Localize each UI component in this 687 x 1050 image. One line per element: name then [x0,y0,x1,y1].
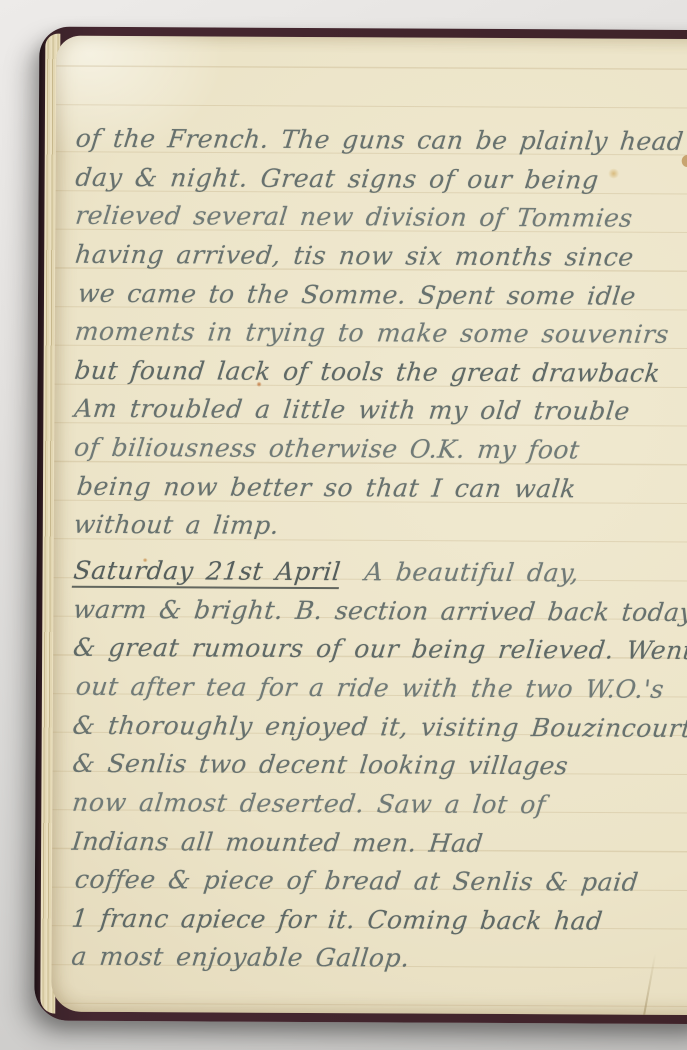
handwriting-text-span: 1 franc apiece for it. Coming back had [70,904,604,936]
handwriting-text-span: warm & bright. B. section arrived back t… [72,594,687,626]
handwriting-line: now almost deserted. Saw a lot of [70,784,687,826]
handwriting-text-span: having arrived, tis now six months since [74,240,636,272]
handwriting-line: Saturday 21st AprilA beautiful day, [71,552,687,594]
handwriting-text-span: without a limp. [72,510,280,540]
handwriting-line: warm & bright. B. section arrived back t… [71,590,687,632]
handwriting-text-span: Am troubled a little with my old trouble [73,394,632,426]
handwriting-line: moments in trying to make some souvenirs [73,313,687,355]
handwriting-line: out after tea for a ride with the two W.… [74,668,687,710]
handwriting-line: 1 franc apiece for it. Coming back had [70,900,687,942]
handwriting-text-span: of biliousness otherwise O.K. my foot [73,433,581,465]
handwriting-text-span: now almost deserted. Saw a lot of [71,788,548,819]
notebook-cover: of the French. The guns can be plainly h… [34,27,687,1025]
handwriting-line: & Senlis two decent looking villages [70,745,687,787]
handwriting-line: but found lack of tools the great drawba… [72,352,687,394]
handwriting-text-span: moments in trying to make some souvenirs [73,317,670,349]
handwriting-text-span: & Senlis two decent looking villages [71,749,570,781]
handwritten-text: of the French. The guns can be plainly h… [71,120,687,980]
handwriting-text-span: Indians all mounted men. Had [71,826,485,857]
handwriting-line: having arrived, tis now six months since [73,236,687,278]
handwriting-text-span: but found lack of tools the great drawba… [73,356,662,388]
handwriting-line: Am troubled a little with my old trouble [72,390,687,432]
handwriting-line: & great rumours of our being relieved. W… [71,629,687,671]
handwriting-line: & thoroughly enjoyed it, visiting Bouzin… [71,706,687,748]
handwriting-text-span: & thoroughly enjoyed it, visiting Bouzin… [71,710,687,742]
entry-date-underlined: Saturday 21st April [72,556,343,589]
handwriting-text-span: & great rumours of our being relieved. W… [72,633,687,665]
handwriting-text-span: coffee & piece of bread at Senlis & paid [73,865,640,897]
handwriting-text-span: being now better so that I can walk [76,472,578,504]
handwriting-line: a most enjoyable Gallop. [69,938,687,980]
handwriting-line: coffee & piece of bread at Senlis & paid [73,861,687,903]
handwriting-line: without a limp. [72,506,687,548]
handwriting-text-span: out after tea for a ride with the two W.… [74,672,665,704]
handwriting-text-span: we came to the Somme. Spent some idle [77,278,638,310]
handwriting-line: of the French. The guns can be plainly h… [74,120,687,162]
handwriting-line: of biliousness otherwise O.K. my foot [72,429,687,471]
handwriting-line: relieved several new division of Tommies [73,197,687,239]
handwriting-text-span: a most enjoyable Gallop. [70,942,411,973]
handwriting-text-span: A beautiful day, [363,557,581,587]
handwriting-line: day & night. Great signs of our being [73,158,687,200]
notebook-page: of the French. The guns can be plainly h… [51,36,687,1016]
handwriting-text-span: relieved several new division of Tommies [74,201,634,233]
handwriting-line: we came to the Somme. Spent some idle [76,274,687,316]
handwriting-line: being now better so that I can walk [75,468,687,510]
photo-backdrop: of the French. The guns can be plainly h… [0,0,687,1050]
handwriting-text-span: day & night. Great signs of our being [74,162,600,194]
handwriting-line: Indians all mounted men. Had [70,822,687,864]
handwriting-text-span: of the French. The guns can be plainly h… [74,124,685,156]
